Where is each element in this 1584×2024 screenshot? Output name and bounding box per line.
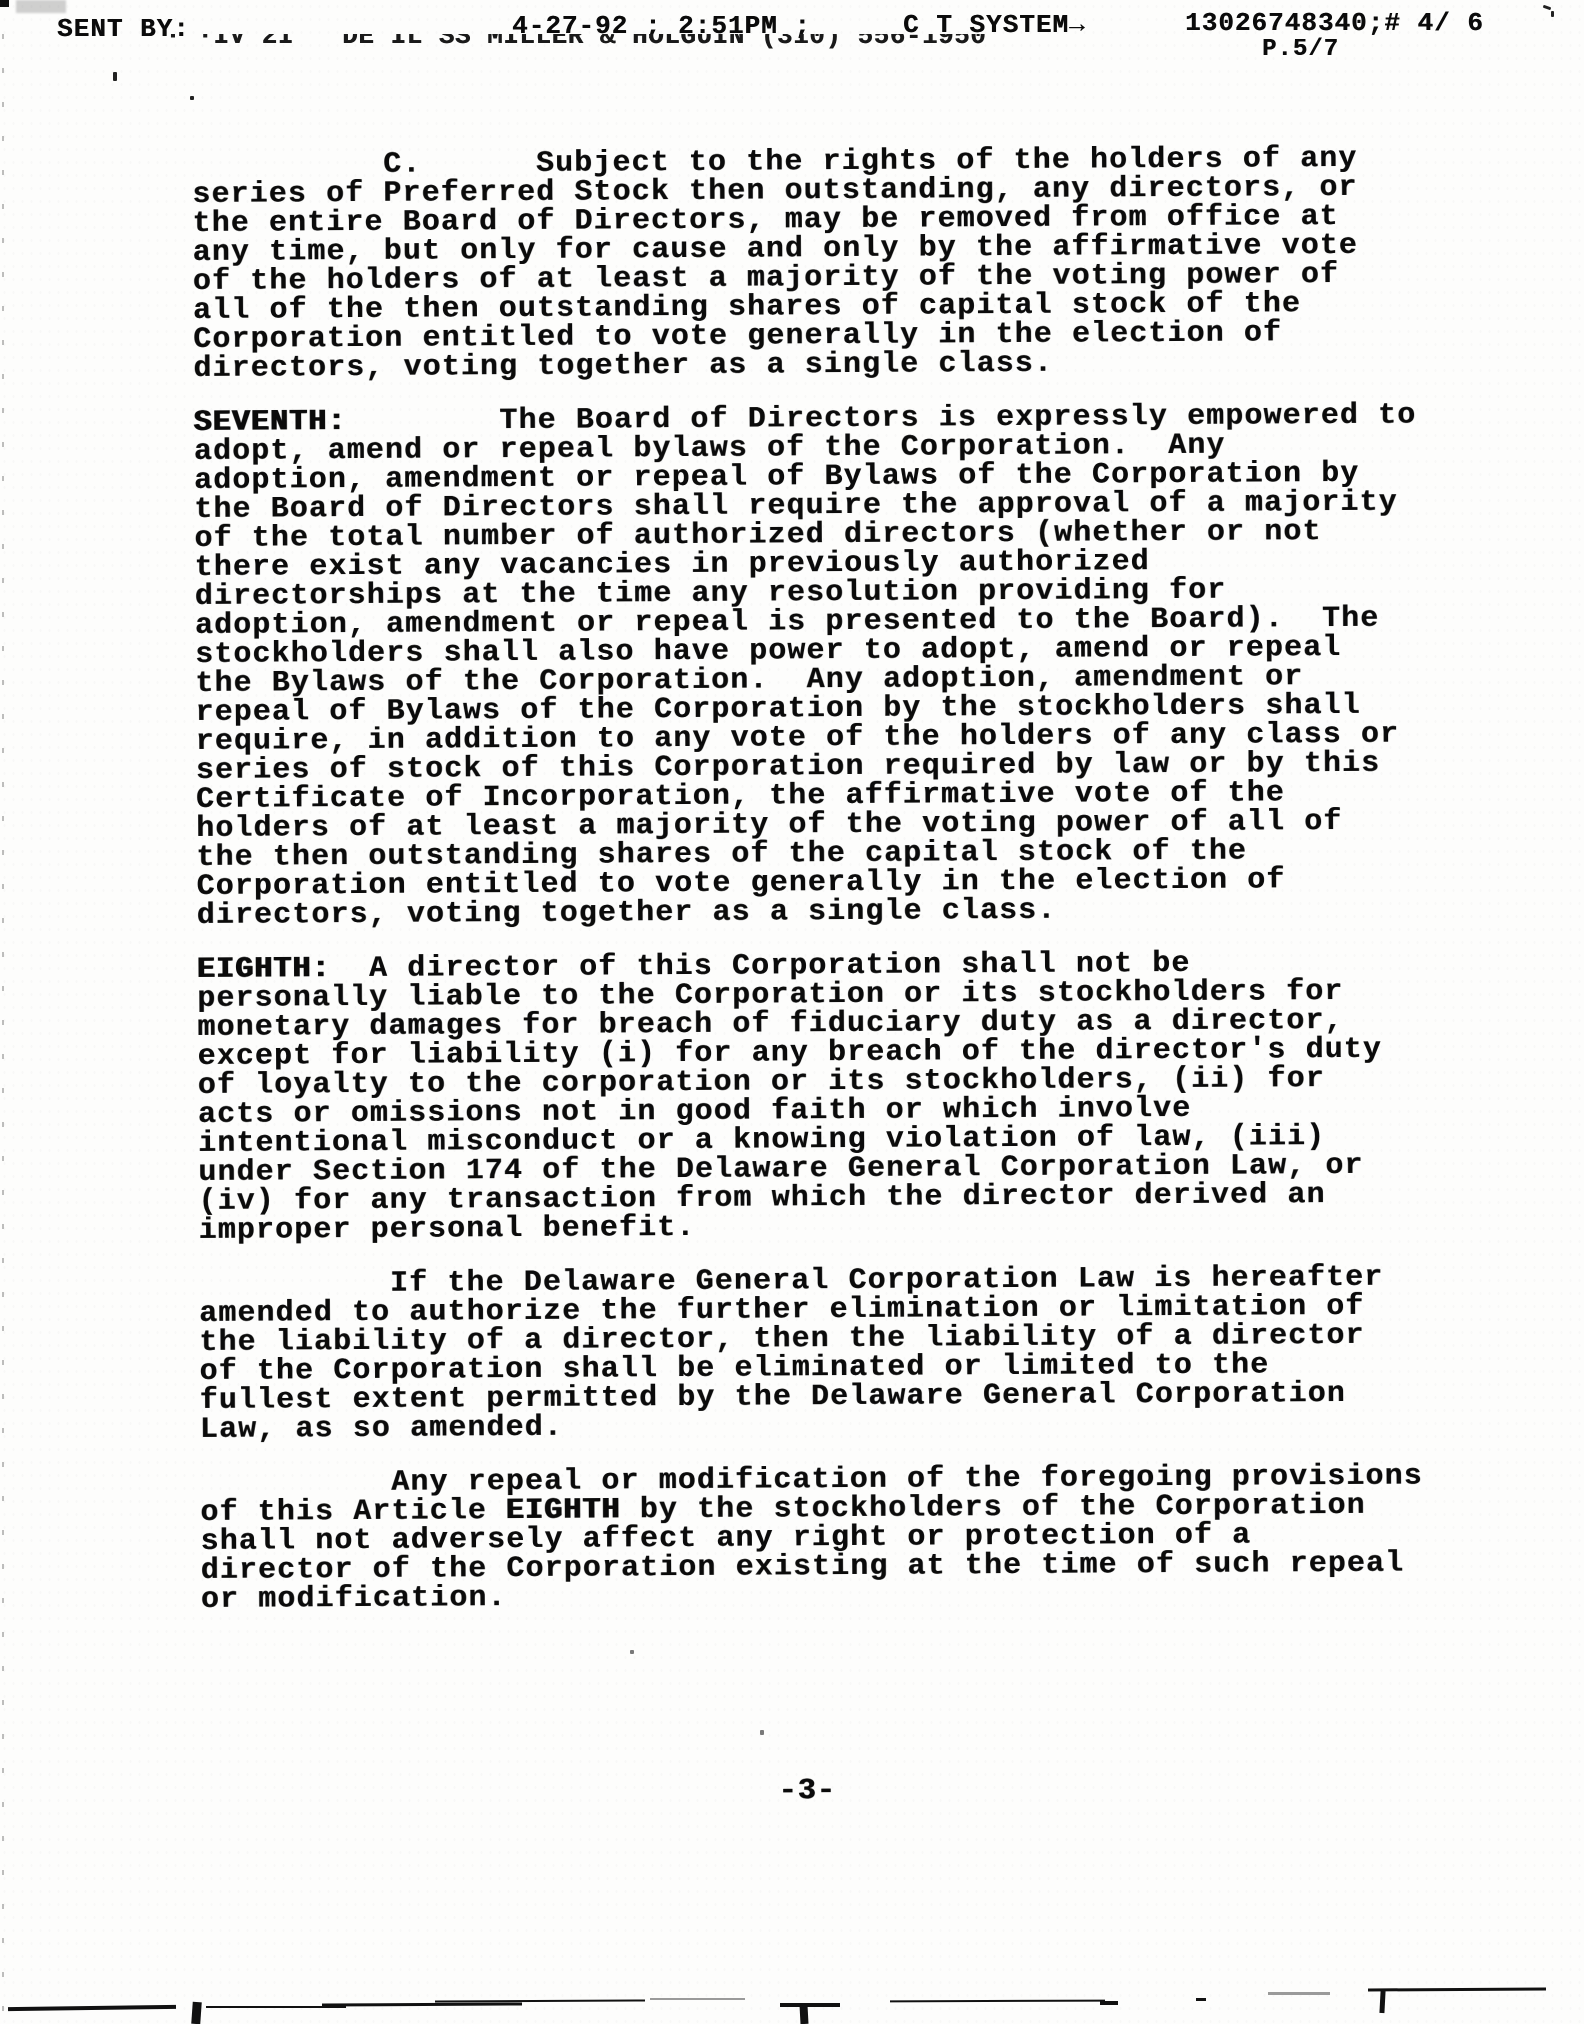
page-number: -3-	[202, 1774, 1412, 1810]
scan-line-artifact	[1100, 2001, 1118, 2005]
text-line: fullest extent permitted by the Delaware…	[200, 1380, 1410, 1416]
fax-page-indicator: P.5/7	[1262, 36, 1339, 63]
text-line: (iv) for any transaction from which the …	[198, 1181, 1408, 1217]
scan-line-artifact	[1368, 1988, 1546, 1992]
text-line: directors, voting together as a single c…	[193, 348, 1403, 384]
scan-line-artifact	[435, 1999, 645, 2002]
scan-line-artifact	[1196, 1998, 1206, 2001]
paragraph-any-repeal: Any repeal or modification of the forego…	[200, 1463, 1411, 1615]
scan-line-artifact	[191, 2002, 202, 2024]
scan-speck	[113, 72, 117, 81]
scan-line-artifact	[322, 2002, 522, 2006]
scan-line-artifact	[800, 2005, 809, 2024]
paragraph-seventh: SEVENTH: The Board of Directors is expre…	[194, 402, 1407, 931]
scan-line-artifact	[1268, 1992, 1330, 1995]
fax-sender-text: · ·IV 2I DE IL'SS MILLER & HOLGUIN (310)…	[165, 34, 1095, 51]
scan-line-artifact	[890, 2000, 1105, 2003]
text-line: directors, voting together as a single c…	[197, 895, 1407, 931]
fax-number-page-count: 13026748340;# 4/ 6	[1185, 8, 1484, 38]
paragraph-if-amended: If the Delaware General Corporation Law …	[199, 1264, 1410, 1445]
fax-transmission-header: SENT BY: 4-27-92 ; 2:51PM ; C T SYSTEM→ …	[0, 0, 1584, 70]
text-line: director of the Corporation existing at …	[201, 1550, 1411, 1586]
scan-line-artifact	[1379, 1991, 1385, 2013]
scan-speck	[190, 96, 194, 100]
fax-sender-line-clipped: · ·IV 2I DE IL'SS MILLER & HOLGUIN (310)…	[165, 34, 1095, 56]
paragraph-eighth: EIGHTH: A director of this Corporation s…	[197, 949, 1409, 1246]
fax-document-page: SENT BY: 4-27-92 ; 2:51PM ; C T SYSTEM→ …	[0, 0, 1584, 2024]
scan-edge-artifact	[2, 0, 4, 2024]
scan-line-artifact	[780, 2003, 840, 2007]
scan-line-artifact	[8, 2005, 176, 2011]
paragraph-c: C. Subject to the rights of the holders …	[192, 145, 1403, 384]
scan-line-artifact	[650, 1998, 745, 2000]
document-body: C. Subject to the rights of the holders …	[192, 145, 1412, 1810]
